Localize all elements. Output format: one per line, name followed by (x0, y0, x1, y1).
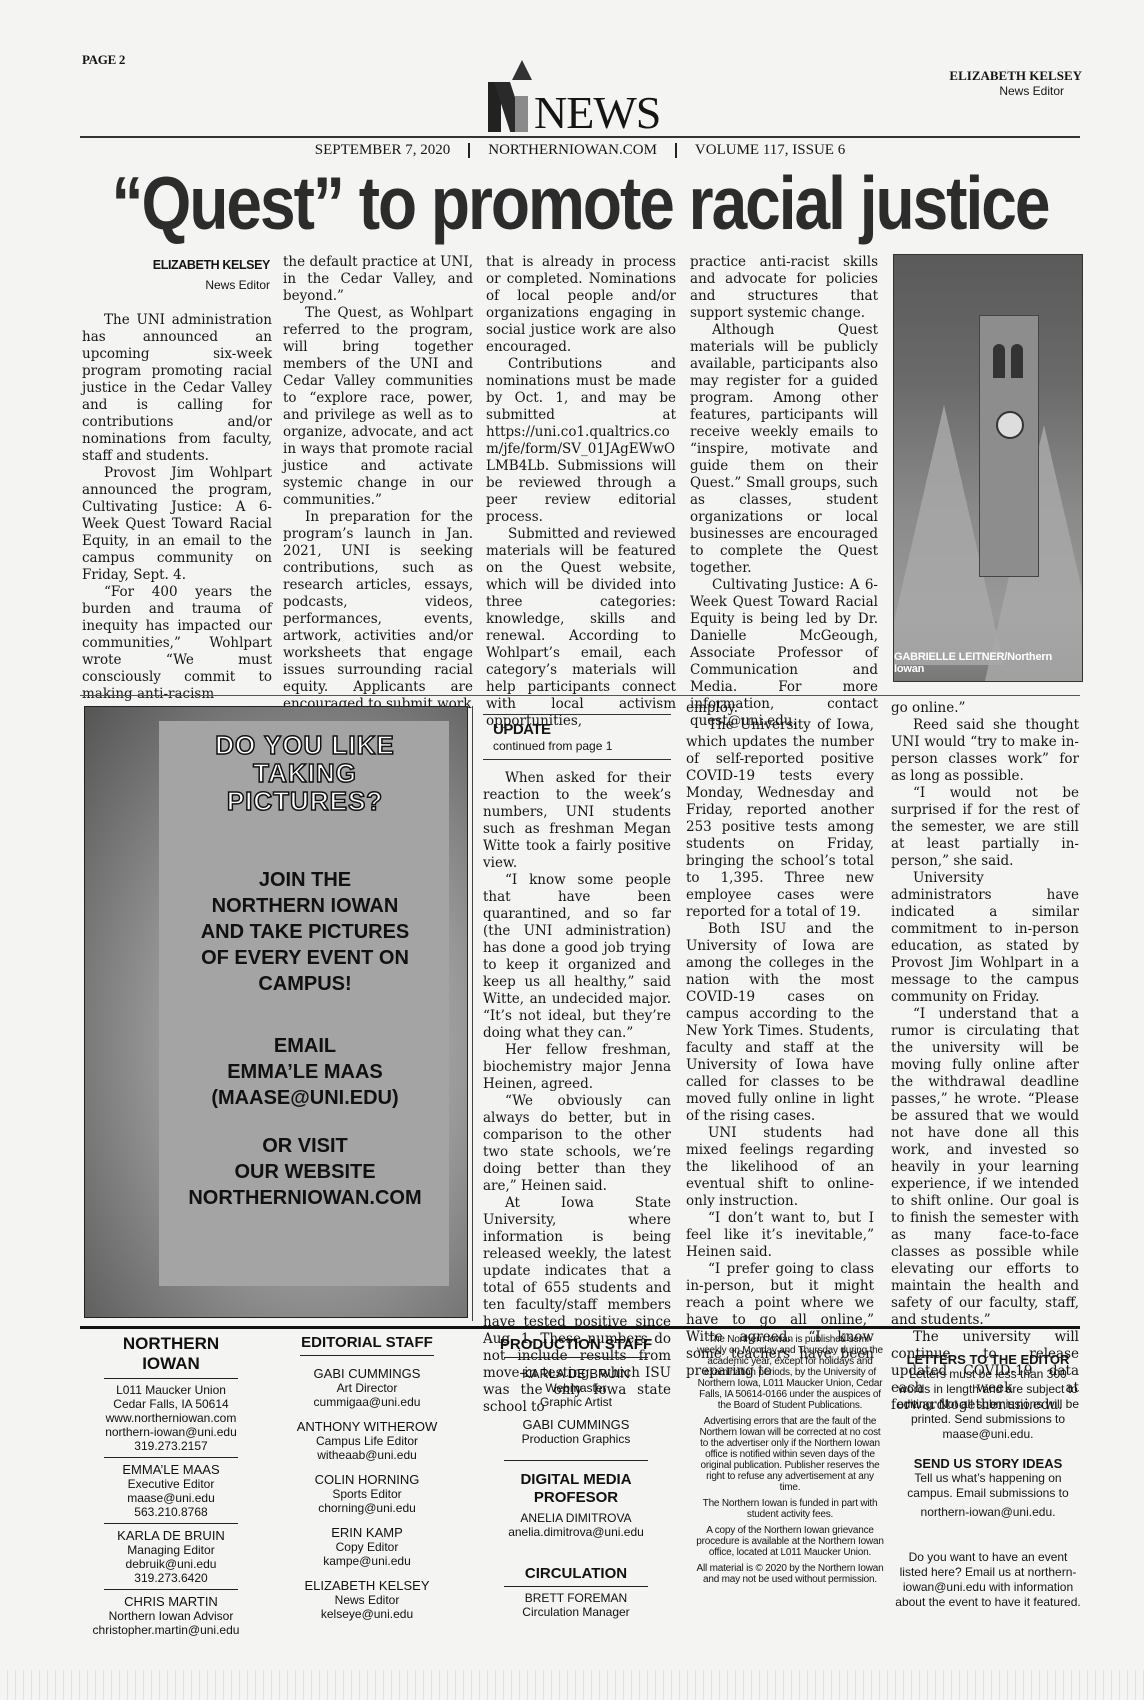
update-story-column-3: go online.” Reed said she thought UNI wo… (891, 700, 1079, 1414)
byline-title: News Editor (90, 278, 270, 292)
paragraph: Submitted and reviewed materials will be… (486, 526, 676, 730)
photo-credit: GABRIELLE LEITNER/Northern Iowan (894, 651, 1076, 675)
ad-body-website: OR VISITOUR WEBSITENORTHERNIOWAN.COM (145, 1133, 465, 1211)
paragraph: The University of Iowa, which updates th… (686, 717, 874, 921)
event-listing-note: Do you want to have an event listed here… (893, 1550, 1083, 1610)
main-story-column-2: the default practice at UNI, in the Ceda… (283, 254, 473, 713)
story-ideas-email[interactable]: northern-iowan@uni.edu. (893, 1505, 1083, 1520)
publication-boilerplate: The Northern Iowan is published semi-wee… (695, 1334, 885, 1590)
main-story-column-1: The UNI administration has announced an … (82, 312, 272, 703)
editorial-staff: EDITORIAL STAFF GABI CUMMINGS Art Direct… (292, 1334, 442, 1621)
paragraph: Both ISU and the University of Iowa are … (686, 921, 874, 1125)
divider (675, 143, 677, 158)
masthead-rule (80, 1326, 1080, 1329)
update-kicker-box: UPDATE continued from page 1 (483, 714, 671, 760)
paragraph: When asked for their reaction to the wee… (483, 770, 671, 872)
jump-line: continued from page 1 (493, 738, 671, 755)
campanile-photo: GABRIELLE LEITNER/Northern Iowan (893, 254, 1083, 682)
clock-icon (996, 411, 1024, 439)
update-story-column-2: employ. The University of Iowa, which up… (686, 700, 874, 1380)
paragraph: practice anti-racist skills and advocate… (690, 254, 878, 322)
section-title: NEWS (534, 90, 660, 136)
paragraph: “I know some people that have been quara… (483, 872, 671, 1042)
ad-body-join: JOIN THENORTHERN IOWANAND TAKE PICTURESO… (145, 867, 465, 997)
main-story-column-4: practice anti-racist skills and advocate… (690, 254, 878, 730)
paragraph: The UNI administration has announced an … (82, 312, 272, 465)
letters-to-editor: LETTERS TO THE EDITOR Letters must be le… (893, 1352, 1083, 1610)
digital-media-title: DIGITAL MEDIA PROFESOR (496, 1471, 656, 1507)
column-rule (472, 706, 473, 1321)
editorial-staff-title: EDITORIAL STAFF (292, 1334, 442, 1351)
paragraph: Provost Jim Wohlpart announced the progr… (82, 465, 272, 584)
page-number-label: PAGE 2 (82, 52, 125, 68)
section-rule (80, 695, 1080, 696)
section-logo: NEWS (488, 52, 688, 132)
paragraph: that is already in process or completed.… (486, 254, 676, 356)
paper-name: NORTHERN IOWAN (96, 1334, 246, 1374)
update-story-column-1: UPDATE continued from page 1 When asked … (483, 714, 671, 1416)
paragraph: UNI students had mixed feelings regardin… (686, 1125, 874, 1210)
paragraph: “I understand that a rumor is circulatin… (891, 1006, 1079, 1329)
paragraph: In preparation for the program’s launch … (283, 509, 473, 713)
scan-noise (0, 1670, 1144, 1700)
header-rule (80, 136, 1080, 138)
paragraph: Although Quest materials will be publicl… (690, 322, 878, 577)
dateline: SEPTEMBER 7, 2020NORTHERNIOWAN.COMVOLUME… (80, 142, 1080, 159)
main-story-column-3: that is already in process or completed.… (486, 254, 676, 730)
issue-date: SEPTEMBER 7, 2020 (315, 142, 450, 158)
paper-email[interactable]: northern-iowan@uni.edu (96, 1425, 246, 1439)
section-editor-name: ELIZABETH KELSEY (949, 68, 1082, 84)
section-editor-title: News Editor (949, 84, 1064, 98)
section-editor: ELIZABETH KELSEY News Editor (949, 68, 1082, 98)
clock-tower-icon (979, 315, 1039, 577)
paragraph: Her fellow freshman, biochemistry major … (483, 1042, 671, 1093)
website-link[interactable]: NORTHERNIOWAN.COM (488, 142, 657, 158)
paragraph: “We obviously can always do better, but … (483, 1093, 671, 1195)
paragraph: the default practice at UNI, in the Ceda… (283, 254, 473, 305)
paragraph: “For 400 years the burden and trauma of … (82, 584, 272, 703)
paper-website[interactable]: www.northerniowan.com (96, 1411, 246, 1425)
paragraph: Contributions and nominations must be ma… (486, 356, 676, 526)
byline-name: ELIZABETH KELSEY (90, 258, 270, 272)
main-headline: “Quest” to promote racial justice (70, 158, 1090, 248)
ad-headline: DO YOU LIKETAKINGPICTURES? (145, 731, 465, 815)
paragraph: Reed said she thought UNI would “try to … (891, 717, 1079, 785)
ad-body-email: EMAILEMMA’LE MAAS(MAASE@UNI.EDU) (145, 1033, 465, 1111)
paragraph: employ. (686, 700, 874, 717)
recruitment-ad: DO YOU LIKETAKINGPICTURES? JOIN THENORTH… (84, 706, 468, 1318)
byline: ELIZABETH KELSEY News Editor (90, 258, 270, 292)
update-kicker: UPDATE (493, 721, 671, 738)
paragraph: University administrators have indicated… (891, 870, 1079, 1006)
paragraph: go online.” (891, 700, 1079, 717)
northern-iowan-n-logo-icon (488, 82, 528, 132)
masthead-contacts: NORTHERN IOWAN L011 Maucker Union Cedar … (96, 1334, 246, 1637)
volume-issue: VOLUME 117, ISSUE 6 (695, 142, 845, 158)
paragraph: The Quest, as Wohlpart referred to the p… (283, 305, 473, 509)
production-staff: PRODUCTION STAFF KARLA DE BRUIN Webmaste… (496, 1336, 656, 1619)
paragraph: “I would not be surprised if for the res… (891, 785, 1079, 870)
divider (468, 143, 470, 158)
paragraph: “I don’t want to, but I feel like it’s i… (686, 1210, 874, 1261)
